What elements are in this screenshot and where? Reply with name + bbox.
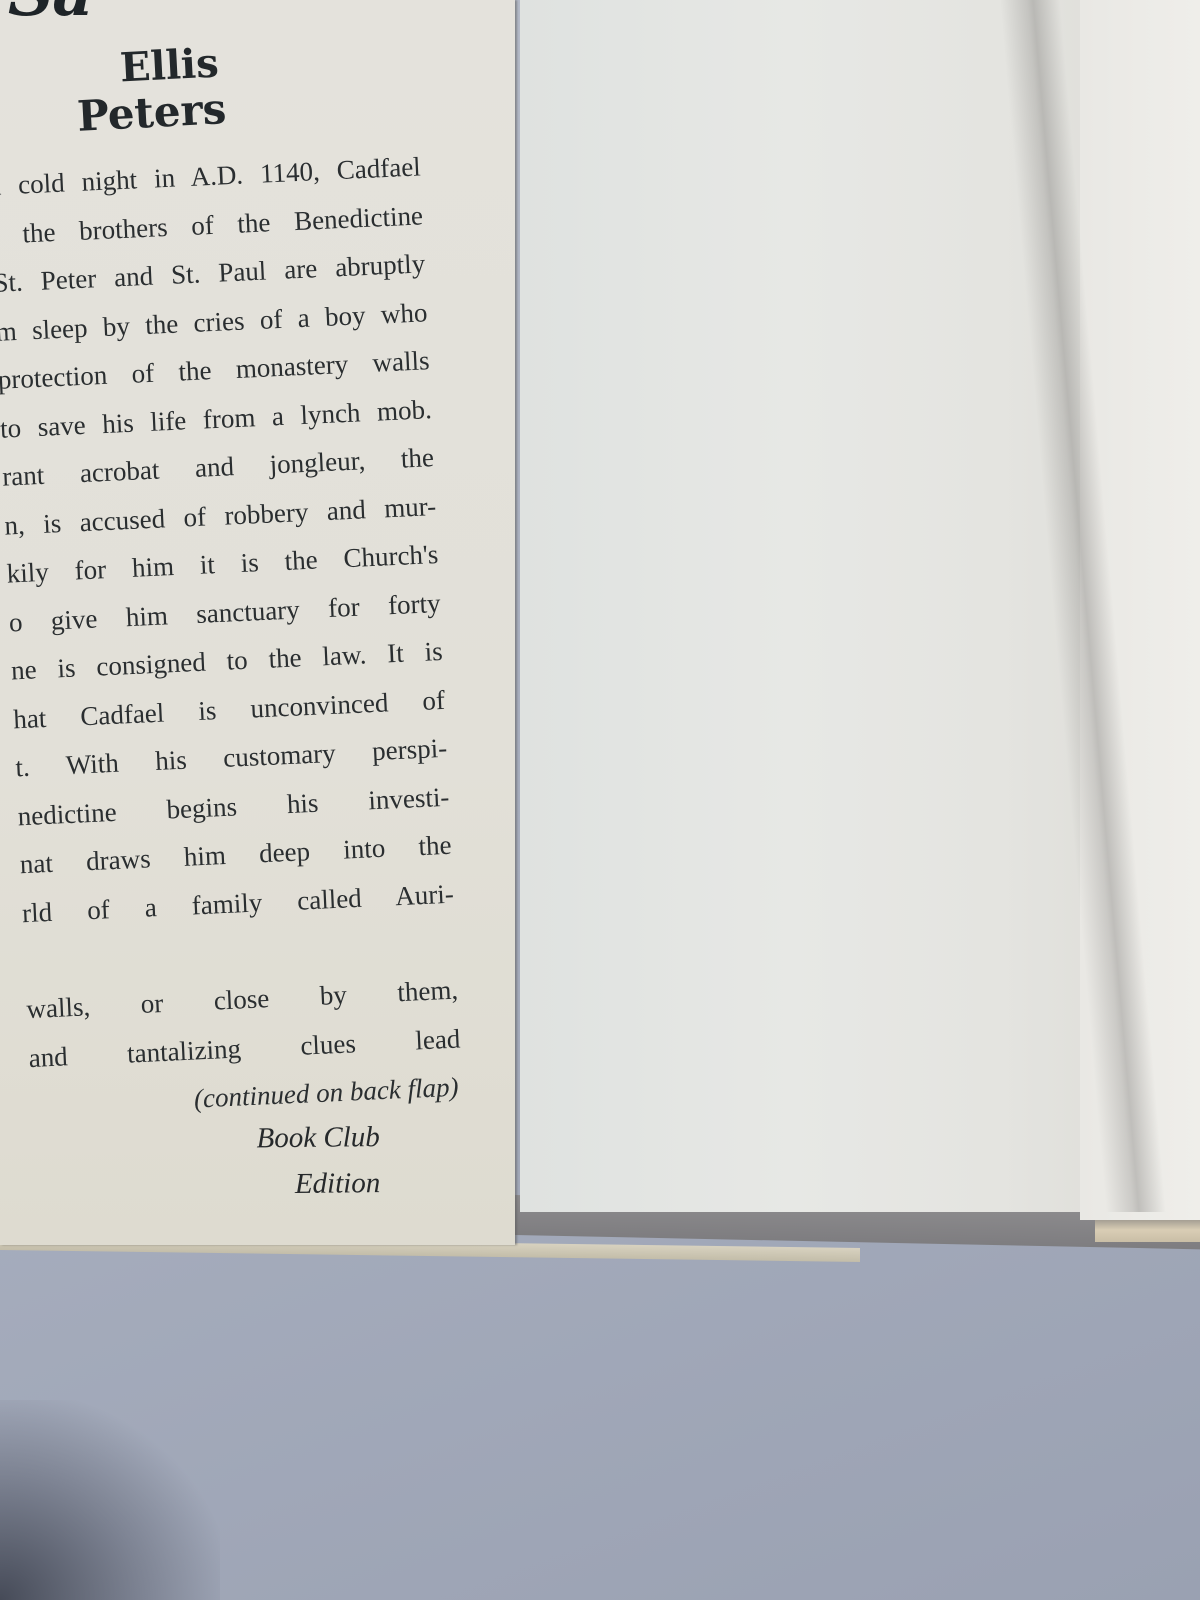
jacket-front-flap: Sa Ellis Peters a cold night in A.D. 114… (0, 0, 515, 1245)
table-shadow (0, 1400, 220, 1600)
title-fragment: Sa (8, 0, 92, 31)
flap-blurb: a cold night in A.D. 1140, Cadfael l the… (0, 142, 464, 1130)
author-last-name: Peters (76, 86, 227, 140)
edition-label: Book Club Edition (200, 1114, 381, 1208)
edition-line-2: Edition (200, 1160, 380, 1208)
edition-line-1: Book Club (200, 1114, 380, 1162)
author-name: Ellis Peters (74, 40, 228, 140)
